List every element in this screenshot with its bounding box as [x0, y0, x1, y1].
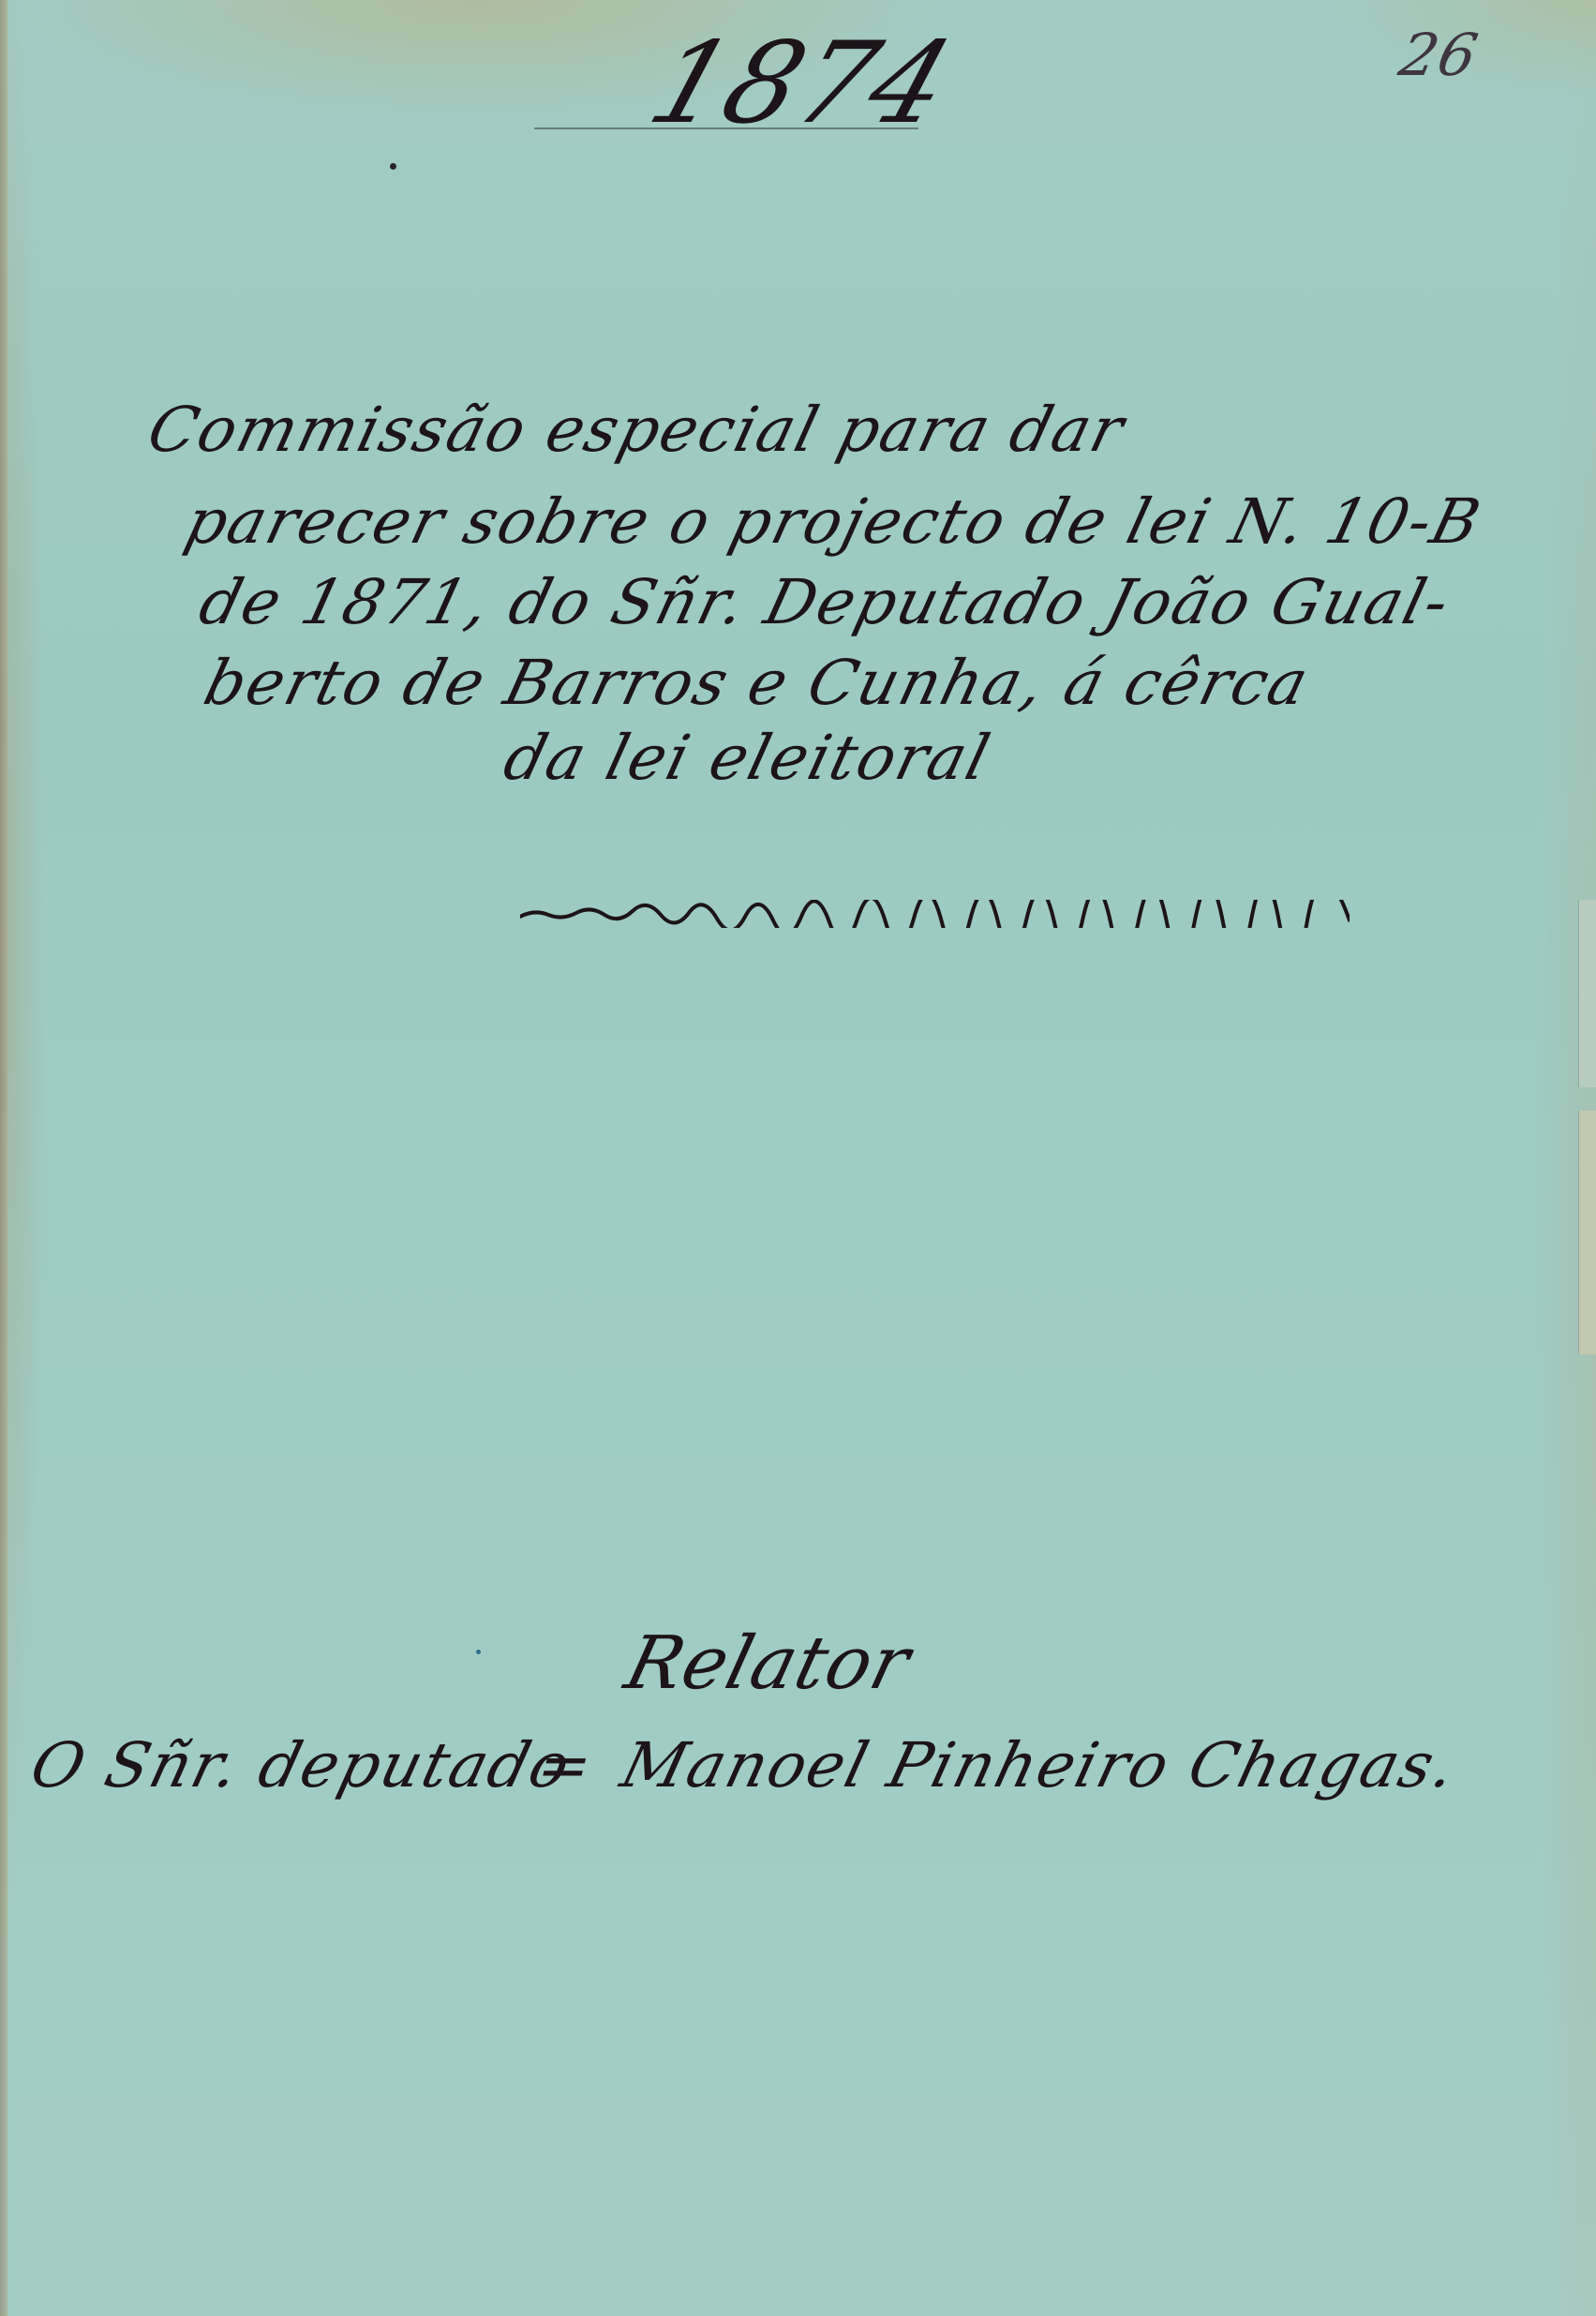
ink-blot: [476, 1650, 481, 1654]
relator-label: Relator: [618, 1621, 918, 1706]
decorative-wavy-rule: [520, 900, 1350, 928]
year-underline: [534, 127, 918, 129]
signature-prefix: O Sñr. deputado: [23, 1729, 578, 1801]
title-line-2: parecer sobre o projecto de lei N. 10-B: [178, 486, 1488, 558]
title-line-4: berto de Barros e Cunha, á cêrca: [197, 647, 1317, 719]
title-line-5: da lei eleitoral: [497, 722, 998, 794]
relator-name: Manoel Pinheiro Chagas.: [614, 1729, 1464, 1801]
right-edge-tab: [1578, 900, 1596, 1087]
folio-number: 26: [1394, 21, 1484, 89]
page-left-edge-stain: [0, 0, 7, 2316]
ink-dot: [390, 163, 396, 170]
right-edge-tab-folded: [1578, 1111, 1596, 1354]
document-page: 1874 26 Commissão especial para dar pare…: [0, 0, 1596, 2316]
title-line-1: Commissão especial para dar: [141, 394, 1132, 466]
document-year: 1874: [634, 19, 967, 149]
title-line-3: de 1871, do Sñr. Deputado João Gual-: [192, 566, 1457, 638]
